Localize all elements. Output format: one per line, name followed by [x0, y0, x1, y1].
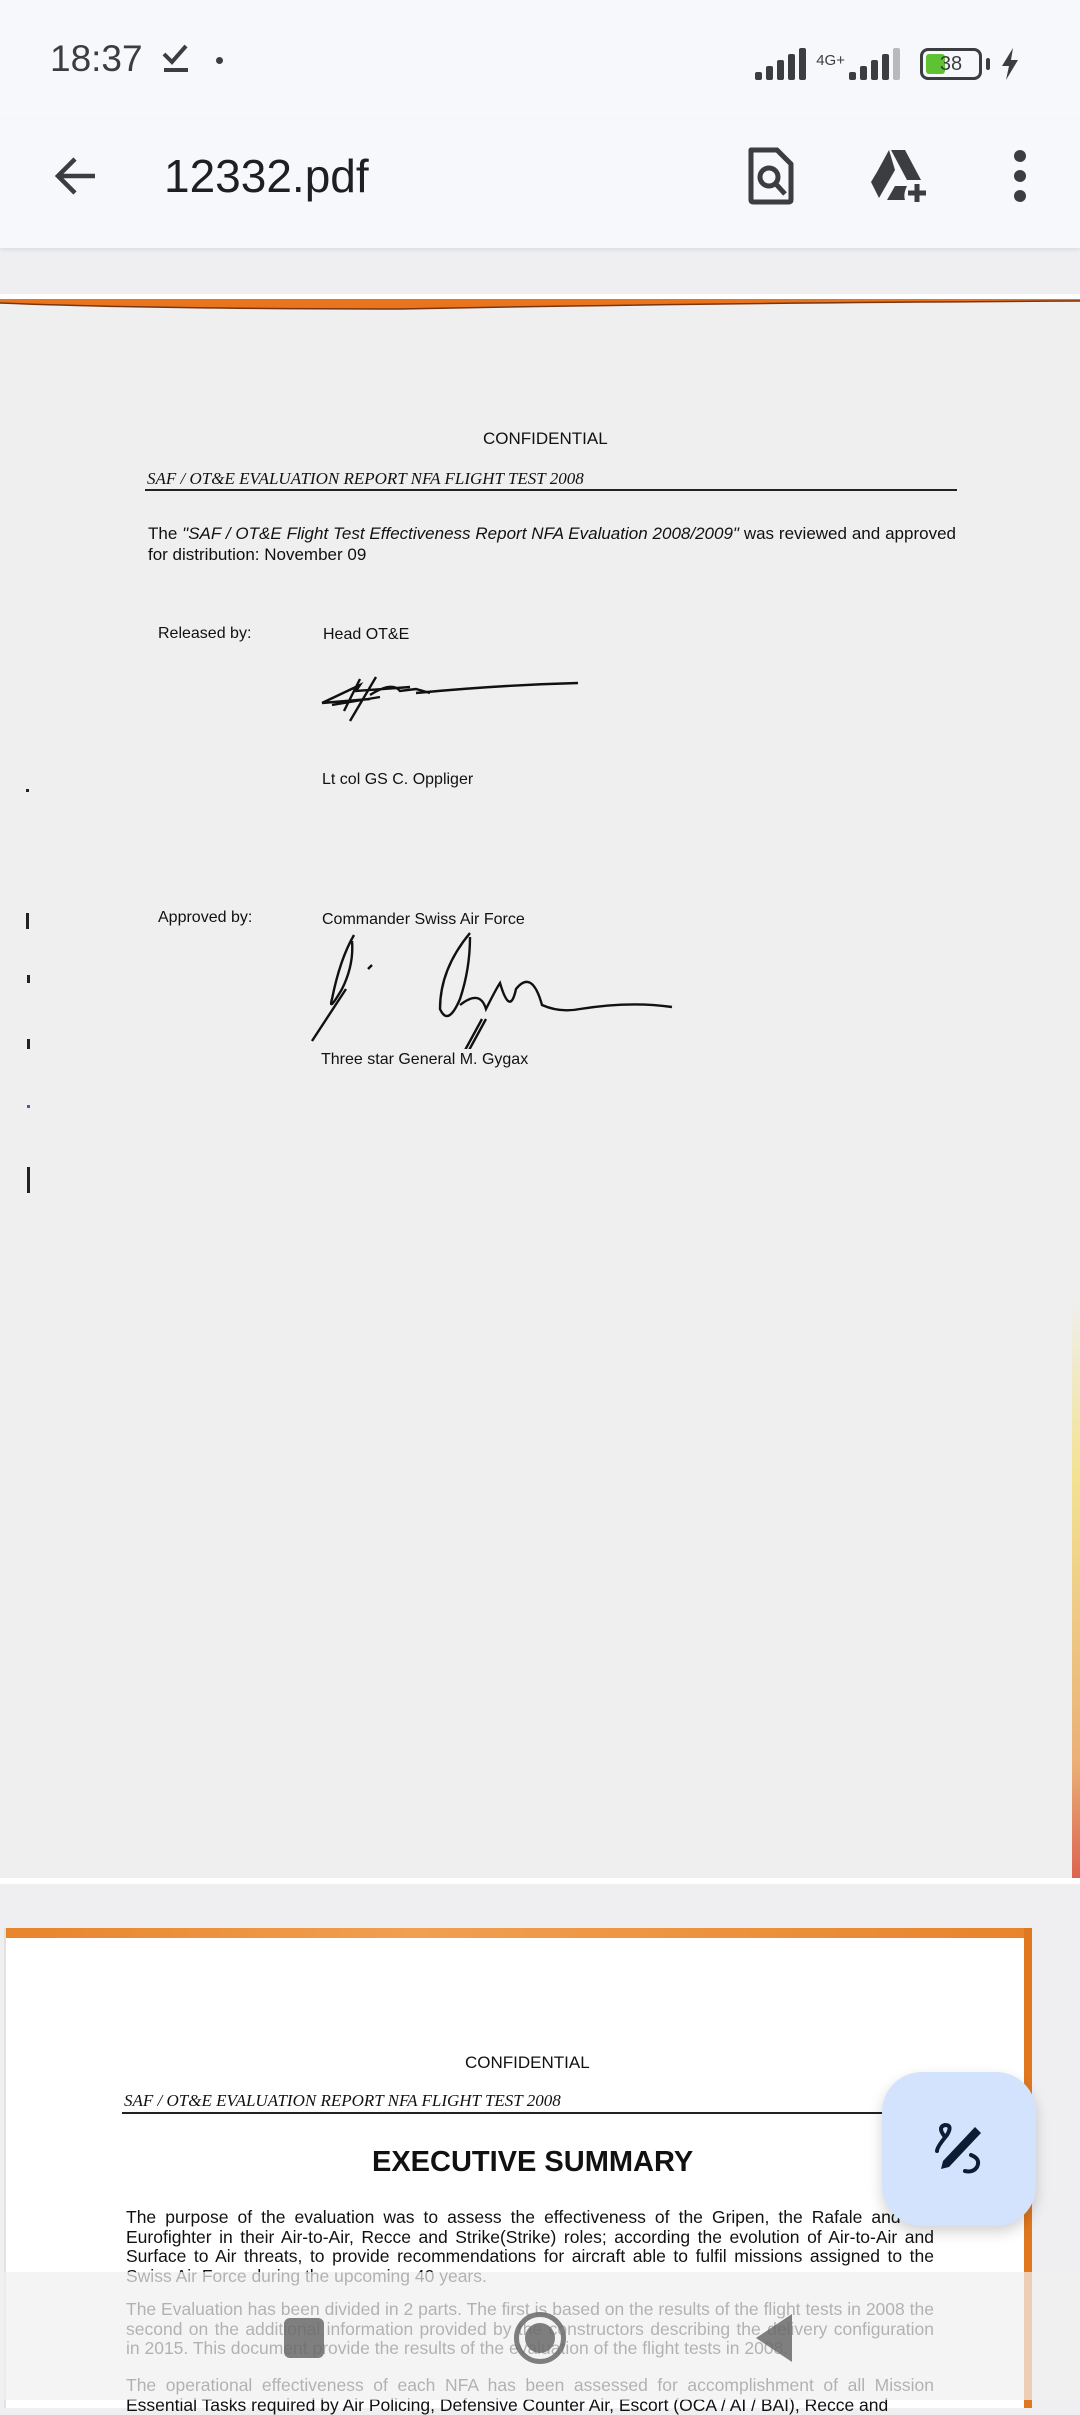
more-vert-icon — [1012, 148, 1028, 204]
nav-back-button[interactable] — [756, 2314, 792, 2362]
battery-level: 38 — [940, 53, 962, 76]
charging-bolt-icon — [1000, 48, 1020, 80]
scan-edge-top — [0, 299, 1080, 311]
released-by-name: Lt col GS C. Oppliger — [322, 771, 473, 789]
page-gap — [0, 1878, 1080, 1884]
scan-speck — [27, 1105, 30, 1108]
drive-add-icon — [869, 148, 933, 204]
report-header: SAF / OT&E EVALUATION REPORT NFA FLIGHT … — [124, 2091, 561, 2111]
signature-gygax — [310, 929, 680, 1049]
intro-title: "SAF / OT&E Flight Test Effectiveness Re… — [182, 524, 739, 543]
executive-summary-title: EXECUTIVE SUMMARY — [372, 2146, 693, 2179]
status-time: 18:37 — [50, 38, 143, 80]
task-done-icon — [162, 40, 190, 76]
status-bar: 18:37 4G+ 38 — [0, 0, 1080, 120]
recents-button[interactable] — [284, 2318, 324, 2358]
home-button[interactable] — [514, 2312, 566, 2364]
annotate-fab[interactable] — [882, 2072, 1036, 2226]
intro-paragraph: The "SAF / OT&E Flight Test Effectivenes… — [148, 523, 956, 565]
scan-speck — [27, 975, 30, 983]
report-header: SAF / OT&E EVALUATION REPORT NFA FLIGHT … — [147, 469, 584, 489]
save-to-drive-button[interactable] — [865, 140, 937, 212]
battery-icon: 38 — [920, 48, 982, 80]
draw-annotate-icon — [931, 2121, 987, 2177]
back-button[interactable] — [44, 144, 108, 208]
more-options-button[interactable] — [984, 140, 1056, 212]
header-rule — [145, 489, 957, 491]
file-search-icon — [747, 146, 795, 206]
app-bar: 12332.pdf — [0, 120, 1080, 248]
intro-prefix: The — [148, 524, 182, 543]
confidential-label: CONFIDENTIAL — [483, 429, 608, 449]
network-type: 4G+ — [816, 54, 845, 68]
approved-by-role: Commander Swiss Air Force — [322, 911, 525, 929]
scan-speck — [27, 1167, 30, 1193]
scan-edge-right — [1072, 1299, 1080, 1879]
find-in-document-button[interactable] — [735, 140, 807, 212]
home-icon — [525, 2323, 555, 2353]
battery-tip — [986, 58, 990, 70]
signature-oppliger — [320, 671, 580, 731]
released-by-role: Head OT&E — [323, 626, 409, 644]
approved-by-label: Approved by: — [158, 909, 252, 927]
header-rule — [122, 2112, 922, 2114]
scan-edge-top — [6, 1928, 1024, 1938]
status-indicators: 4G+ 38 — [755, 40, 1020, 80]
arrow-left-icon — [53, 153, 99, 199]
approved-by-name: Three star General M. Gygax — [321, 1051, 528, 1069]
scan-speck — [26, 789, 29, 792]
confidential-label: CONFIDENTIAL — [465, 2053, 590, 2073]
signal-4g-icon — [849, 48, 900, 80]
scan-speck — [26, 913, 29, 929]
notification-dot-icon — [216, 57, 223, 64]
pdf-page-1[interactable]: CONFIDENTIAL SAF / OT&E EVALUATION REPOR… — [0, 294, 1080, 1878]
scan-speck — [27, 1039, 30, 1049]
released-by-label: Released by: — [158, 625, 251, 643]
document-title: 12332.pdf — [164, 144, 369, 208]
signal-icon — [755, 48, 806, 80]
